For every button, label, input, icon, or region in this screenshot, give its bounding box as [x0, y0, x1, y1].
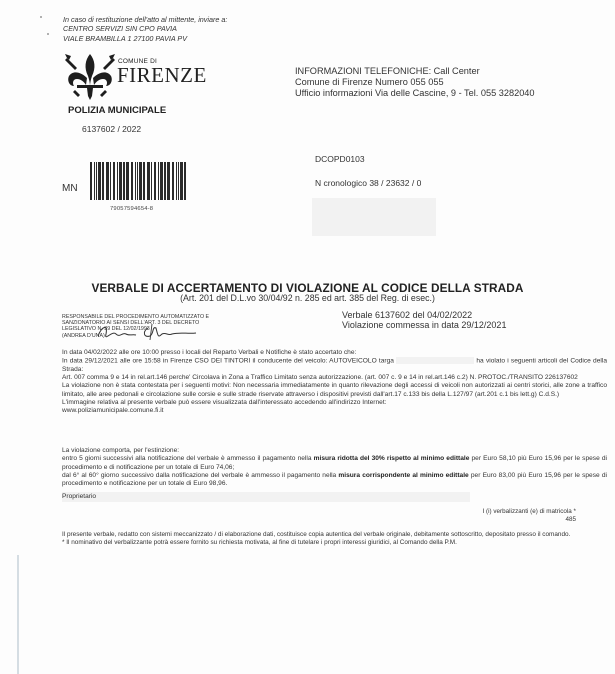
barcode	[90, 162, 186, 200]
body-paragraph: Art. 007 comma 9 e 14 in rel.art.146 per…	[62, 374, 607, 382]
body-paragraph: La violazione non è stata contestata per…	[62, 382, 607, 399]
redacted-owner	[62, 492, 470, 502]
payment-option-reduced: entro 5 giorni successivi alla notificaz…	[62, 455, 607, 472]
officer-id: 485	[483, 516, 576, 524]
payment-terms: La violazione comporta, per l'estinzione…	[62, 447, 607, 488]
owner-label: Proprietario	[62, 493, 96, 500]
return-address-line: VIALE BRAMBILLA 1 27100 PAVIA PV	[63, 34, 227, 43]
barcode-number: 79057594654-8	[110, 206, 153, 212]
mn-label: MN	[62, 183, 78, 194]
document-code: DCOPD0103	[315, 154, 365, 164]
redacted-address	[312, 198, 436, 236]
scan-speck	[40, 16, 42, 18]
info-line: Comune di Firenze Numero 055 055	[295, 77, 535, 88]
verbale-number: Verbale 6137602 del 04/02/2022	[342, 310, 506, 320]
scan-speck	[47, 33, 49, 35]
body-paragraph: In data 29/12/2021 alle ore 15:58 in Fir…	[62, 357, 607, 374]
payment-intro: La violazione comporta, per l'estinzione…	[62, 447, 607, 455]
footer-paragraph: Il presente verbale, redatto con sistemi…	[62, 531, 608, 539]
verbale-info: Verbale 6137602 del 04/02/2022 Violazion…	[342, 310, 506, 331]
officers: I (i) verbalizzanti (e) di matricola * 4…	[483, 508, 576, 525]
police-name: POLIZIA MUNICIPALE	[68, 105, 166, 116]
info-line: INFORMAZIONI TELEFONICHE: Call Center	[295, 66, 535, 77]
footer-paragraph: * Il nominativo del verbalizzante potrà …	[62, 539, 608, 547]
officers-label: I (i) verbalizzanti (e) di matricola *	[483, 508, 576, 516]
logo-firenze: FIRENZE	[117, 63, 207, 88]
violation-date: Violazione commessa in data 29/12/2021	[342, 320, 506, 330]
website-link[interactable]: www.poliziamunicipale.comune.fi.it	[62, 407, 607, 415]
footer-notes: Il presente verbale, redatto con sistemi…	[62, 531, 608, 547]
info-line: Ufficio informazioni Via delle Cascine, …	[295, 88, 535, 99]
document-subtitle: (Art. 201 del D.L.vo 30/04/92 n. 285 ed …	[0, 293, 615, 303]
violation-description: In data 04/02/2022 alle ore 10:00 presso…	[62, 349, 607, 416]
page-edge	[17, 555, 19, 674]
return-address-line: CENTRO SERVIZI SIN CPO PAVIA	[63, 24, 227, 33]
protocol-number: 6137602 / 2022	[82, 124, 141, 134]
return-address: In caso di restituzione dell'atto al mit…	[63, 15, 227, 43]
payment-option-standard: dal 6° al 60° giorno successivo dalla no…	[62, 472, 607, 489]
body-paragraph: In data 04/02/2022 alle ore 10:00 presso…	[62, 349, 607, 357]
signature	[92, 322, 212, 344]
return-address-line: In caso di restituzione dell'atto al mit…	[63, 15, 227, 24]
body-paragraph: L'immagine relativa al presente verbale …	[62, 399, 607, 407]
chronological-number: N cronologico 38 / 23632 / 0	[315, 178, 421, 188]
redacted-plate	[396, 357, 474, 364]
info-block: INFORMAZIONI TELEFONICHE: Call Center Co…	[295, 66, 535, 98]
